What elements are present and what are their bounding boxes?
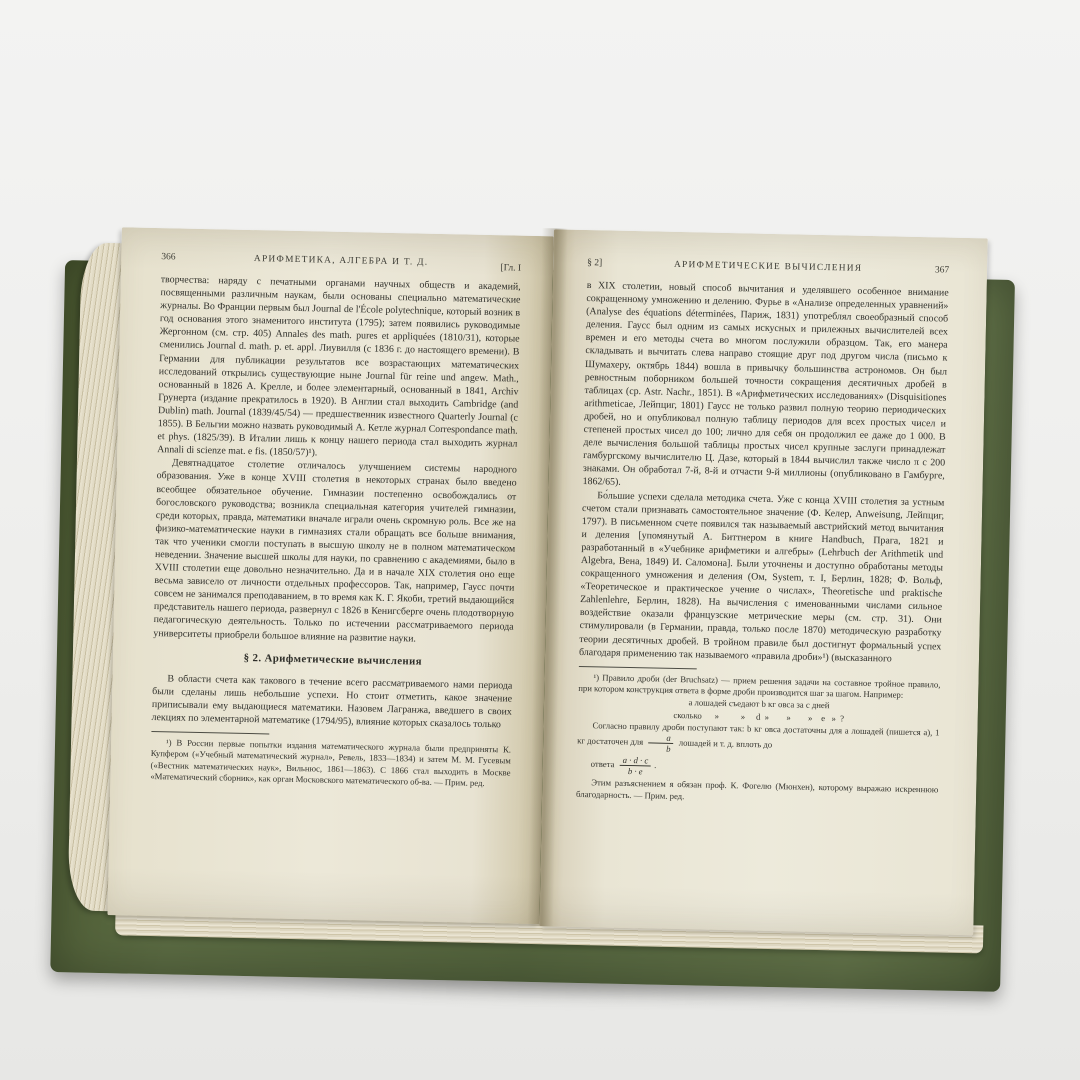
fraction-adc-over-be: a · d · c b · e [619, 755, 651, 777]
paragraph: в XIX столетии, новый способ вычитания и… [582, 279, 948, 496]
section-mark: § 2] [587, 258, 639, 269]
right-page-content: § 2] АРИФМЕТИЧЕСКИЕ ВЫЧИСЛЕНИЯ 367 в XIX… [574, 258, 950, 920]
left-page-content: 366 АРИФМЕТИКА, АЛГЕБРА И Т. Д. [Гл. I т… [148, 252, 522, 909]
footnote-text: ¹) В России первые попытки издания матем… [150, 737, 511, 790]
right-page-footnote: ¹) Правило дроби (der Bruchsatz) — прием… [576, 672, 941, 808]
section-heading: § 2. Арифметические вычисления [153, 650, 513, 671]
footnote-rule [579, 666, 697, 669]
paragraph: творчества: наряду с печатными органами … [157, 273, 521, 464]
answer-period: . [654, 760, 656, 770]
right-page-header: § 2] АРИФМЕТИЧЕСКИЕ ВЫЧИСЛЕНИЯ 367 [587, 258, 949, 276]
left-page-body: творчества: наряду с печатными органами … [151, 273, 520, 732]
answer-word: ответа [591, 759, 615, 769]
open-book: 366 АРИФМЕТИКА, АЛГЕБРА И Т. Д. [Гл. I т… [50, 216, 1018, 998]
photo-background: 366 АРИФМЕТИКА, АЛГЕБРА И Т. Д. [Гл. I т… [0, 0, 1080, 1080]
fraction-numerator: a · d · c [620, 755, 652, 767]
left-page-header: 366 АРИФМЕТИКА, АЛГЕБРА И Т. Д. [Гл. I [161, 252, 521, 270]
right-page-body: в XIX столетии, новый способ вычитания и… [579, 279, 949, 666]
paragraph: В области счета как такового в течение в… [151, 672, 512, 732]
left-page-number: 366 [161, 252, 213, 263]
footnote-rule-text-part2: лошадей и т. д. вплоть до [679, 738, 773, 750]
paragraph: Бо́льшие успехи сделала методика счета. … [579, 488, 944, 666]
footnote-rule [151, 731, 269, 734]
footnote-credit: Этим разъяснением я обязан проф. К. Фоге… [576, 777, 938, 807]
left-page: 366 АРИФМЕТИКА, АЛГЕБРА И Т. Д. [Гл. I т… [107, 227, 553, 924]
fraction-numerator: a [648, 733, 674, 745]
right-page-number: 367 [897, 265, 949, 276]
fraction-a-over-b: a b [648, 733, 674, 755]
fraction-denominator: b · e [628, 766, 643, 776]
fraction-denominator: b [651, 744, 671, 754]
right-running-head: АРИФМЕТИЧЕСКИЕ ВЫЧИСЛЕНИЯ [639, 259, 897, 274]
paragraph: Девятнадцатое столетие отличалось улучше… [153, 456, 517, 647]
left-running-head: АРИФМЕТИКА, АЛГЕБРА И Т. Д. [213, 253, 469, 268]
left-page-footnote: ¹) В России первые попытки издания матем… [150, 737, 511, 790]
chapter-mark: [Гл. I [469, 259, 521, 270]
footnote-rule-text: Согласно правилу дроби поступают так: b … [577, 720, 940, 760]
right-page: § 2] АРИФМЕТИЧЕСКИЕ ВЫЧИСЛЕНИЯ 367 в XIX… [539, 229, 988, 935]
